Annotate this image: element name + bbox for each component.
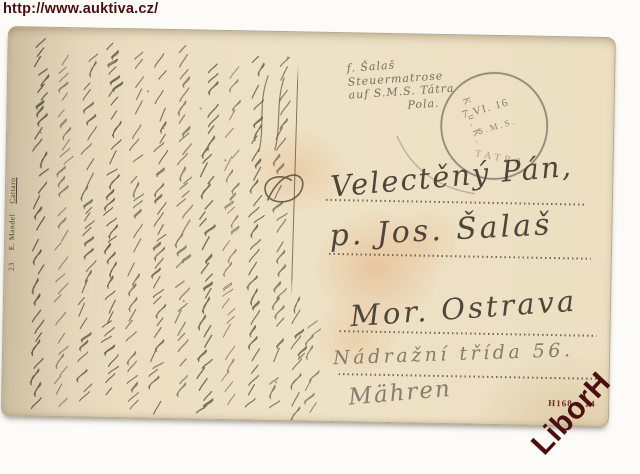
message-stroke (173, 45, 196, 396)
message-stroke (276, 382, 277, 383)
message-stroke (41, 132, 42, 133)
message-stroke (220, 66, 242, 405)
message-stroke (52, 55, 75, 407)
message-stroke (304, 321, 321, 413)
imprint-publisher: E. Mandel (7, 213, 17, 250)
message-stroke (183, 301, 184, 302)
message-stroke (225, 160, 226, 161)
message-stroke (100, 43, 124, 395)
imprint-number: 23 (7, 262, 16, 271)
message-stroke (148, 91, 149, 92)
message-stroke (124, 52, 146, 409)
message-stroke (200, 108, 201, 109)
message-stroke (265, 175, 303, 203)
scanned-photo-page: { "watermarks": { "site_url": "http://ww… (0, 0, 640, 474)
message-stroke (148, 54, 170, 415)
message-stroke (245, 56, 267, 407)
publisher-imprint: 23E. MandelCattaro (6, 149, 23, 299)
message-stroke (259, 76, 284, 152)
message-stroke (76, 54, 100, 401)
message-stroke (28, 38, 50, 408)
postcard: 23E. MandelCattaro f. Šalaš Steuermatros… (1, 26, 616, 427)
message-stroke (287, 57, 288, 58)
site-url-watermark: http://www.auktiva.cz/ (3, 1, 158, 17)
message-stroke (269, 57, 291, 408)
imprint-place: Cattaro (8, 177, 17, 203)
message-stroke (196, 64, 219, 413)
message-stroke (163, 128, 164, 129)
